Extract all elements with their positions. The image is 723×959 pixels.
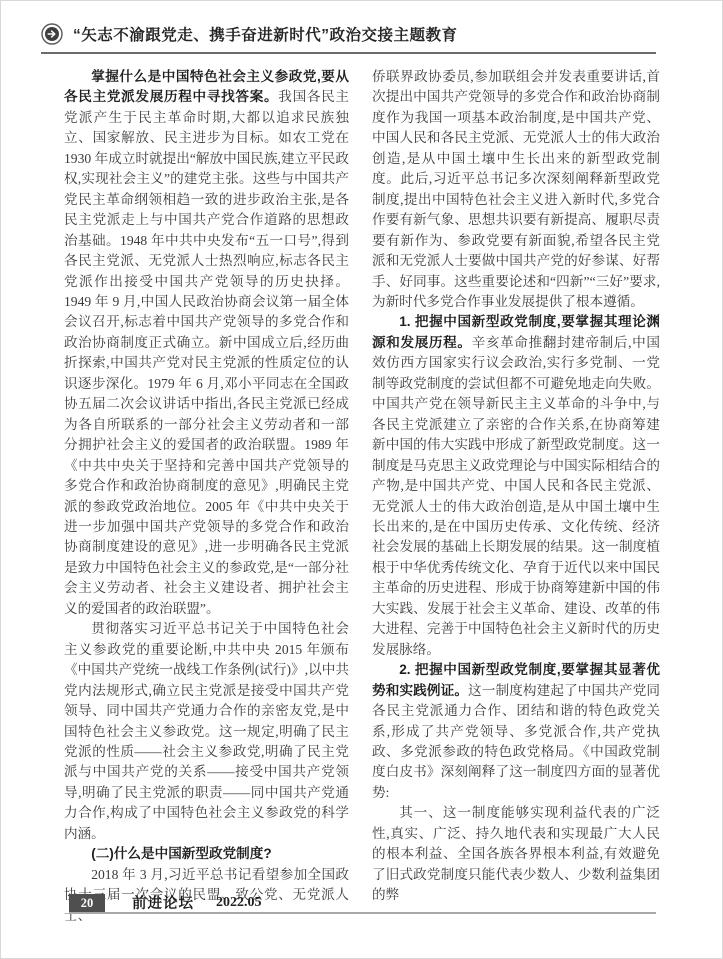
paragraph-text: 我国各民主党派产生于民主革命时期,大都以追求民族独立、国家解放、民主进步为目标。… — [64, 89, 349, 615]
circle-arrow-right-icon — [41, 23, 63, 45]
paragraph: 2. 把握中国新型政党制度,要掌握其显著优势和实践例证。这一制度构建起了中国共产… — [372, 660, 660, 803]
paragraph: (二)什么是中国新型政党制度? — [64, 844, 349, 864]
footer-divider — [69, 912, 656, 914]
paragraph: 1. 把握中国新型政党制度,要掌握其理论渊源和发展历程。辛亥革命推翻封建帝制后,… — [372, 312, 660, 660]
article-column-left: 掌握什么是中国特色社会主义参政党,要从各民主党派发展历程中寻找答案。我国各民主党… — [64, 67, 349, 926]
paragraph: 侨联界政协委员,参加联组会并发表重要讲话,首次提出中国共产党领导的多党合作和政治… — [372, 67, 660, 312]
paragraph-text: 这一制度构建起了中国共产党同各民主党派通力合作、团结和谐的特色政党关系,形成了共… — [372, 683, 660, 800]
journal-name: 前进论坛 — [132, 892, 194, 913]
article-column-right: 侨联界政协委员,参加联组会并发表重要讲话,首次提出中国共产党领导的多党合作和政治… — [372, 67, 660, 906]
paragraph-text: 其一、这一制度能够实现利益代表的广泛性,真实、广泛、持久地代表和实现最广大人民的… — [372, 805, 660, 902]
paragraph: 贯彻落实习近平总书记关于中国特色社会主义参政党的重要论断,中共中央 2015 年… — [64, 619, 349, 844]
paragraph-text: 侨联界政协委员,参加联组会并发表重要讲话,首次提出中国共产党领导的多党合作和政治… — [372, 69, 660, 309]
header-title: “矢志不渝跟党走、携手奋进新时代”政治交接主题教育 — [73, 23, 458, 45]
page-footer: 20 前进论坛 2022.05 — [69, 892, 262, 913]
page-number-badge: 20 — [69, 894, 105, 912]
magazine-page: “矢志不渝跟党走、携手奋进新时代”政治交接主题教育 掌握什么是中国特色社会主义参… — [0, 0, 723, 959]
paragraph-text: 贯彻落实习近平总书记关于中国特色社会主义参政党的重要论断,中共中央 2015 年… — [64, 621, 349, 841]
paragraph-text: 辛亥革命推翻封建帝制后,中国效仿西方国家实行议会政治,实行多党制、一党制等政党制… — [372, 335, 660, 657]
issue-number: 2022.05 — [216, 895, 262, 911]
paragraph-lead-bold: (二)什么是中国新型政党制度? — [91, 846, 271, 861]
page-header: “矢志不渝跟党走、携手奋进新时代”政治交接主题教育 — [41, 23, 656, 54]
paragraph: 掌握什么是中国特色社会主义参政党,要从各民主党派发展历程中寻找答案。我国各民主党… — [64, 67, 349, 619]
paragraph: 其一、这一制度能够实现利益代表的广泛性,真实、广泛、持久地代表和实现最广大人民的… — [372, 803, 660, 905]
